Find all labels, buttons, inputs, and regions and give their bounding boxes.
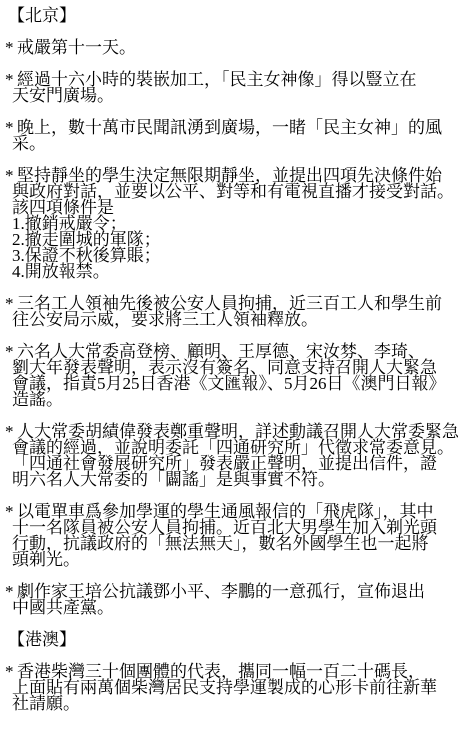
bullet-marker: *: [5, 120, 14, 136]
section-header: 【北京】: [8, 8, 458, 24]
bullet-marker: *: [5, 344, 14, 360]
bullet-text: 六名人大常委高登榜、顧明、王厚德、宋汝棼、李琦、: [17, 342, 425, 361]
bullet-line: 往公安局示威，要求將三工人領袖釋放。: [12, 312, 458, 328]
section-header: 【港澳】: [8, 632, 458, 648]
bullet-item: *以電單車爲參加學運的學生通風報信的「飛虎隊」，其中十一名隊員被公安人員拘捕。近…: [12, 504, 458, 568]
bullet-line: 4.開放報禁。: [12, 264, 458, 280]
section: 【港澳】*香港柴灣三十個團體的代表，攜同一幅一百二十碼長，上面貼有兩萬個柴灣居民…: [0, 632, 458, 712]
bullet-marker: *: [5, 504, 14, 520]
bullet-item: *六名人大常委高登榜、顧明、王厚德、宋汝棼、李琦、劉大年發表聲明，表示沒有簽名、…: [12, 344, 458, 408]
bullet-line: 造謠。: [12, 392, 458, 408]
bullet-line-first: *劇作家王培公抗議鄧小平、李鵬的一意孤行，宣佈退出: [12, 584, 458, 600]
bullet-text: 以電單車爲參加學運的學生通風報信的「飛虎隊」，其中: [17, 502, 434, 521]
bullet-item: *晚上，數十萬市民聞訊湧到廣場，一睹「民主女神」的風采。: [12, 120, 458, 152]
bullet-item: *人大常委胡績偉發表鄭重聲明，詳述動議召開人大常委緊急會議的經過，並說明委託「四…: [12, 424, 458, 488]
document-page: 【北京】*戒嚴第十一天。*經過十六小時的裝嵌加工，「民主女神像」得以豎立在天安門…: [0, 0, 458, 712]
bullet-marker: *: [5, 664, 14, 680]
bullet-line: 明六名人大常委的「闢謠」是與事實不符。: [12, 472, 458, 488]
bullet-line-first: *晚上，數十萬市民聞訊湧到廣場，一睹「民主女神」的風: [12, 120, 458, 136]
bullet-line: 采。: [12, 136, 458, 152]
bullet-marker: *: [5, 424, 14, 440]
bullet-item: *堅持靜坐的學生決定無限期靜坐，並提出四項先決條件始與政府對話，並要以公平、對等…: [12, 168, 458, 280]
bullet-line: 頭剃光。: [12, 552, 458, 568]
bullet-line-first: *三名工人領袖先後被公安人員拘捕，近三百工人和學生前: [12, 296, 458, 312]
bullet-text: 經過十六小時的裝嵌加工，「民主女神像」得以豎立在: [17, 70, 417, 89]
bullet-item: *香港柴灣三十個團體的代表，攜同一幅一百二十碼長，上面貼有兩萬個柴灣居民支持學運…: [12, 664, 458, 712]
bullet-marker: *: [5, 40, 14, 56]
bullet-line-first: *戒嚴第十一天。: [12, 40, 458, 56]
bullet-marker: *: [5, 168, 14, 184]
bullet-line-first: *以電單車爲參加學運的學生通風報信的「飛虎隊」，其中: [12, 504, 458, 520]
bullet-text: 劇作家王培公抗議鄧小平、李鵬的一意孤行，宣佈退出: [17, 582, 425, 601]
bullet-line-first: *香港柴灣三十個團體的代表，攜同一幅一百二十碼長，: [12, 664, 458, 680]
bullet-line-first: *經過十六小時的裝嵌加工，「民主女神像」得以豎立在: [12, 72, 458, 88]
bullet-line-first: *六名人大常委高登榜、顧明、王厚德、宋汝棼、李琦、: [12, 344, 458, 360]
bullet-line: 中國共產黨。: [12, 600, 458, 616]
bullet-item: *戒嚴第十一天。: [12, 40, 458, 56]
bullet-text: 香港柴灣三十個團體的代表，攜同一幅一百二十碼長，: [17, 662, 425, 681]
bullet-marker: *: [5, 584, 14, 600]
bullet-line-first: *堅持靜坐的學生決定無限期靜坐，並提出四項先決條件始: [12, 168, 458, 184]
bullet-line: 社請願。: [12, 696, 458, 712]
bullet-line: 會議，指責5月25日香港《文匯報》、5月26日《澳門日報》: [12, 376, 458, 392]
bullet-text: 堅持靜坐的學生決定無限期靜坐，並提出四項先決條件始: [17, 166, 442, 185]
bullet-marker: *: [5, 72, 14, 88]
bullet-text: 三名工人領袖先後被公安人員拘捕，近三百工人和學生前: [17, 294, 442, 313]
bullet-marker: *: [5, 296, 14, 312]
bullet-item: *劇作家王培公抗議鄧小平、李鵬的一意孤行，宣佈退出中國共產黨。: [12, 584, 458, 616]
bullet-text: 戒嚴第十一天。: [17, 38, 136, 57]
bullet-text: 人大常委胡績偉發表鄭重聲明，詳述動議召開人大常委緊急: [17, 422, 458, 441]
bullet-item: *三名工人領袖先後被公安人員拘捕，近三百工人和學生前往公安局示威，要求將三工人領…: [12, 296, 458, 328]
section: 【北京】*戒嚴第十一天。*經過十六小時的裝嵌加工，「民主女神像」得以豎立在天安門…: [0, 8, 458, 616]
bullet-item: *經過十六小時的裝嵌加工，「民主女神像」得以豎立在天安門廣場。: [12, 72, 458, 104]
bullet-line: 天安門廣場。: [12, 88, 458, 104]
bullet-text: 晚上，數十萬市民聞訊湧到廣場，一睹「民主女神」的風: [17, 118, 442, 137]
bullet-line-first: *人大常委胡績偉發表鄭重聲明，詳述動議召開人大常委緊急: [12, 424, 458, 440]
